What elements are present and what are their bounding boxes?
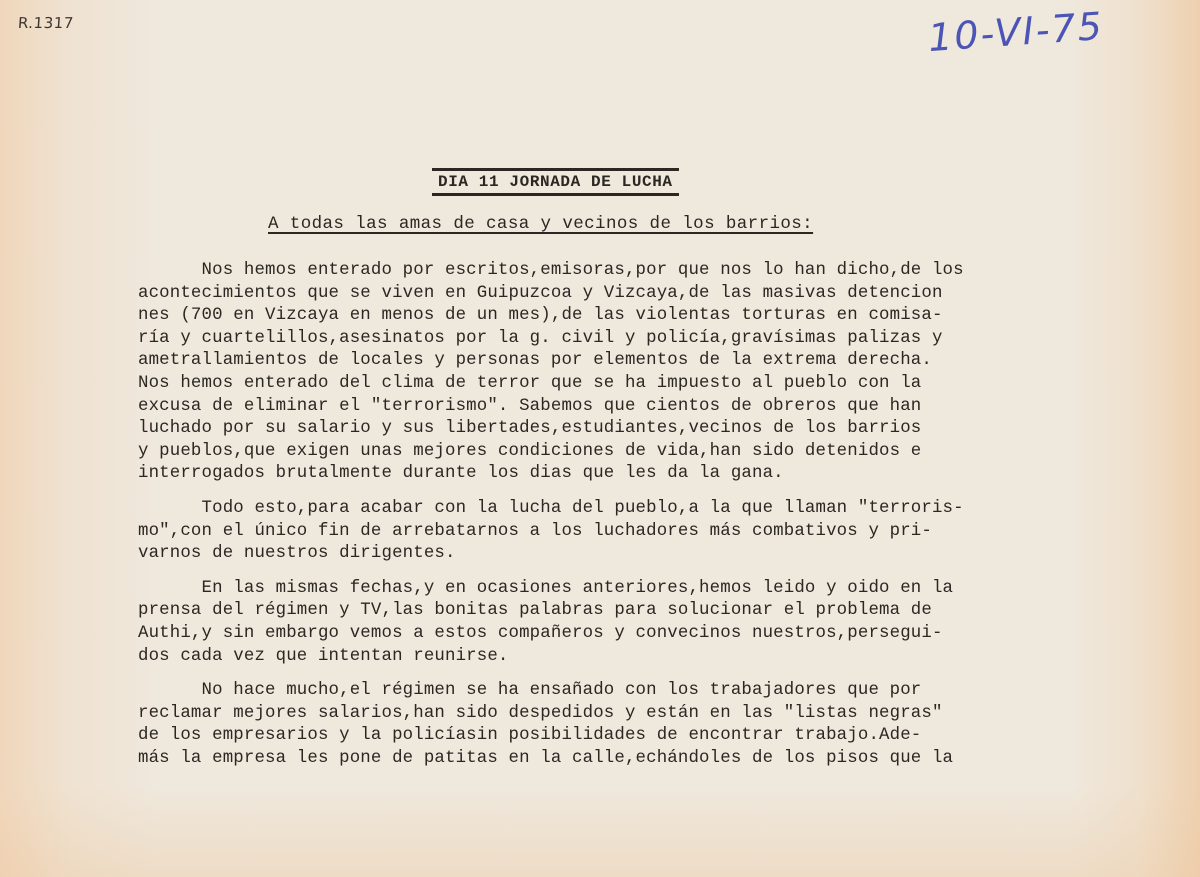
paragraph-gap: [138, 566, 1148, 578]
document-body: Nos hemos enterado por escritos,emisoras…: [138, 260, 1148, 770]
text-line: No hace mucho,el régimen se ha ensañado …: [138, 680, 1148, 703]
text-line: mo",con el único fin de arrebatarnos a l…: [138, 521, 1148, 544]
text-line: más la empresa les pone de patitas en la…: [138, 748, 1148, 771]
text-line: Nos hemos enterado por escritos,emisoras…: [138, 260, 1148, 283]
paragraph: Todo esto,para acabar con la lucha del p…: [138, 498, 1148, 566]
text-line: dos cada vez que intentan reunirse.: [138, 646, 1148, 669]
text-line: de los empresarios y la policíasin posib…: [138, 725, 1148, 748]
text-line: En las mismas fechas,y en ocasiones ante…: [138, 578, 1148, 601]
text-line: Authi,y sin embargo vemos a estos compañ…: [138, 623, 1148, 646]
text-line: ría y cuartelillos,asesinatos por la g. …: [138, 328, 1148, 351]
text-line: ametrallamientos de locales y personas p…: [138, 350, 1148, 373]
document-title: DIA 11 JORNADA DE LUCHA: [432, 168, 679, 196]
text-line: acontecimientos que se viven en Guipuzco…: [138, 283, 1148, 306]
text-line: Todo esto,para acabar con la lucha del p…: [138, 498, 1148, 521]
text-line: prensa del régimen y TV,las bonitas pala…: [138, 600, 1148, 623]
text-line: excusa de eliminar el "terrorismo". Sabe…: [138, 396, 1148, 419]
paragraph-gap: [138, 486, 1148, 498]
paragraph-gap: [138, 668, 1148, 680]
text-line: reclamar mejores salarios,han sido despe…: [138, 703, 1148, 726]
text-line: interrogados brutalmente durante los dia…: [138, 463, 1148, 486]
text-line: nes (700 en Vizcaya en menos de un mes),…: [138, 305, 1148, 328]
archive-reference: R.1317: [17, 14, 74, 32]
text-line: y pueblos,que exigen unas mejores condic…: [138, 441, 1148, 464]
document-subtitle: A todas las amas de casa y vecinos de lo…: [268, 214, 813, 234]
handwritten-date: 10-VI-75: [927, 4, 1105, 60]
text-line: Nos hemos enterado del clima de terror q…: [138, 373, 1148, 396]
text-line: varnos de nuestros dirigentes.: [138, 543, 1148, 566]
paragraph: Nos hemos enterado por escritos,emisoras…: [138, 260, 1148, 486]
paragraph: No hace mucho,el régimen se ha ensañado …: [138, 680, 1148, 770]
text-line: luchado por su salario y sus libertades,…: [138, 418, 1148, 441]
paragraph: En las mismas fechas,y en ocasiones ante…: [138, 578, 1148, 668]
